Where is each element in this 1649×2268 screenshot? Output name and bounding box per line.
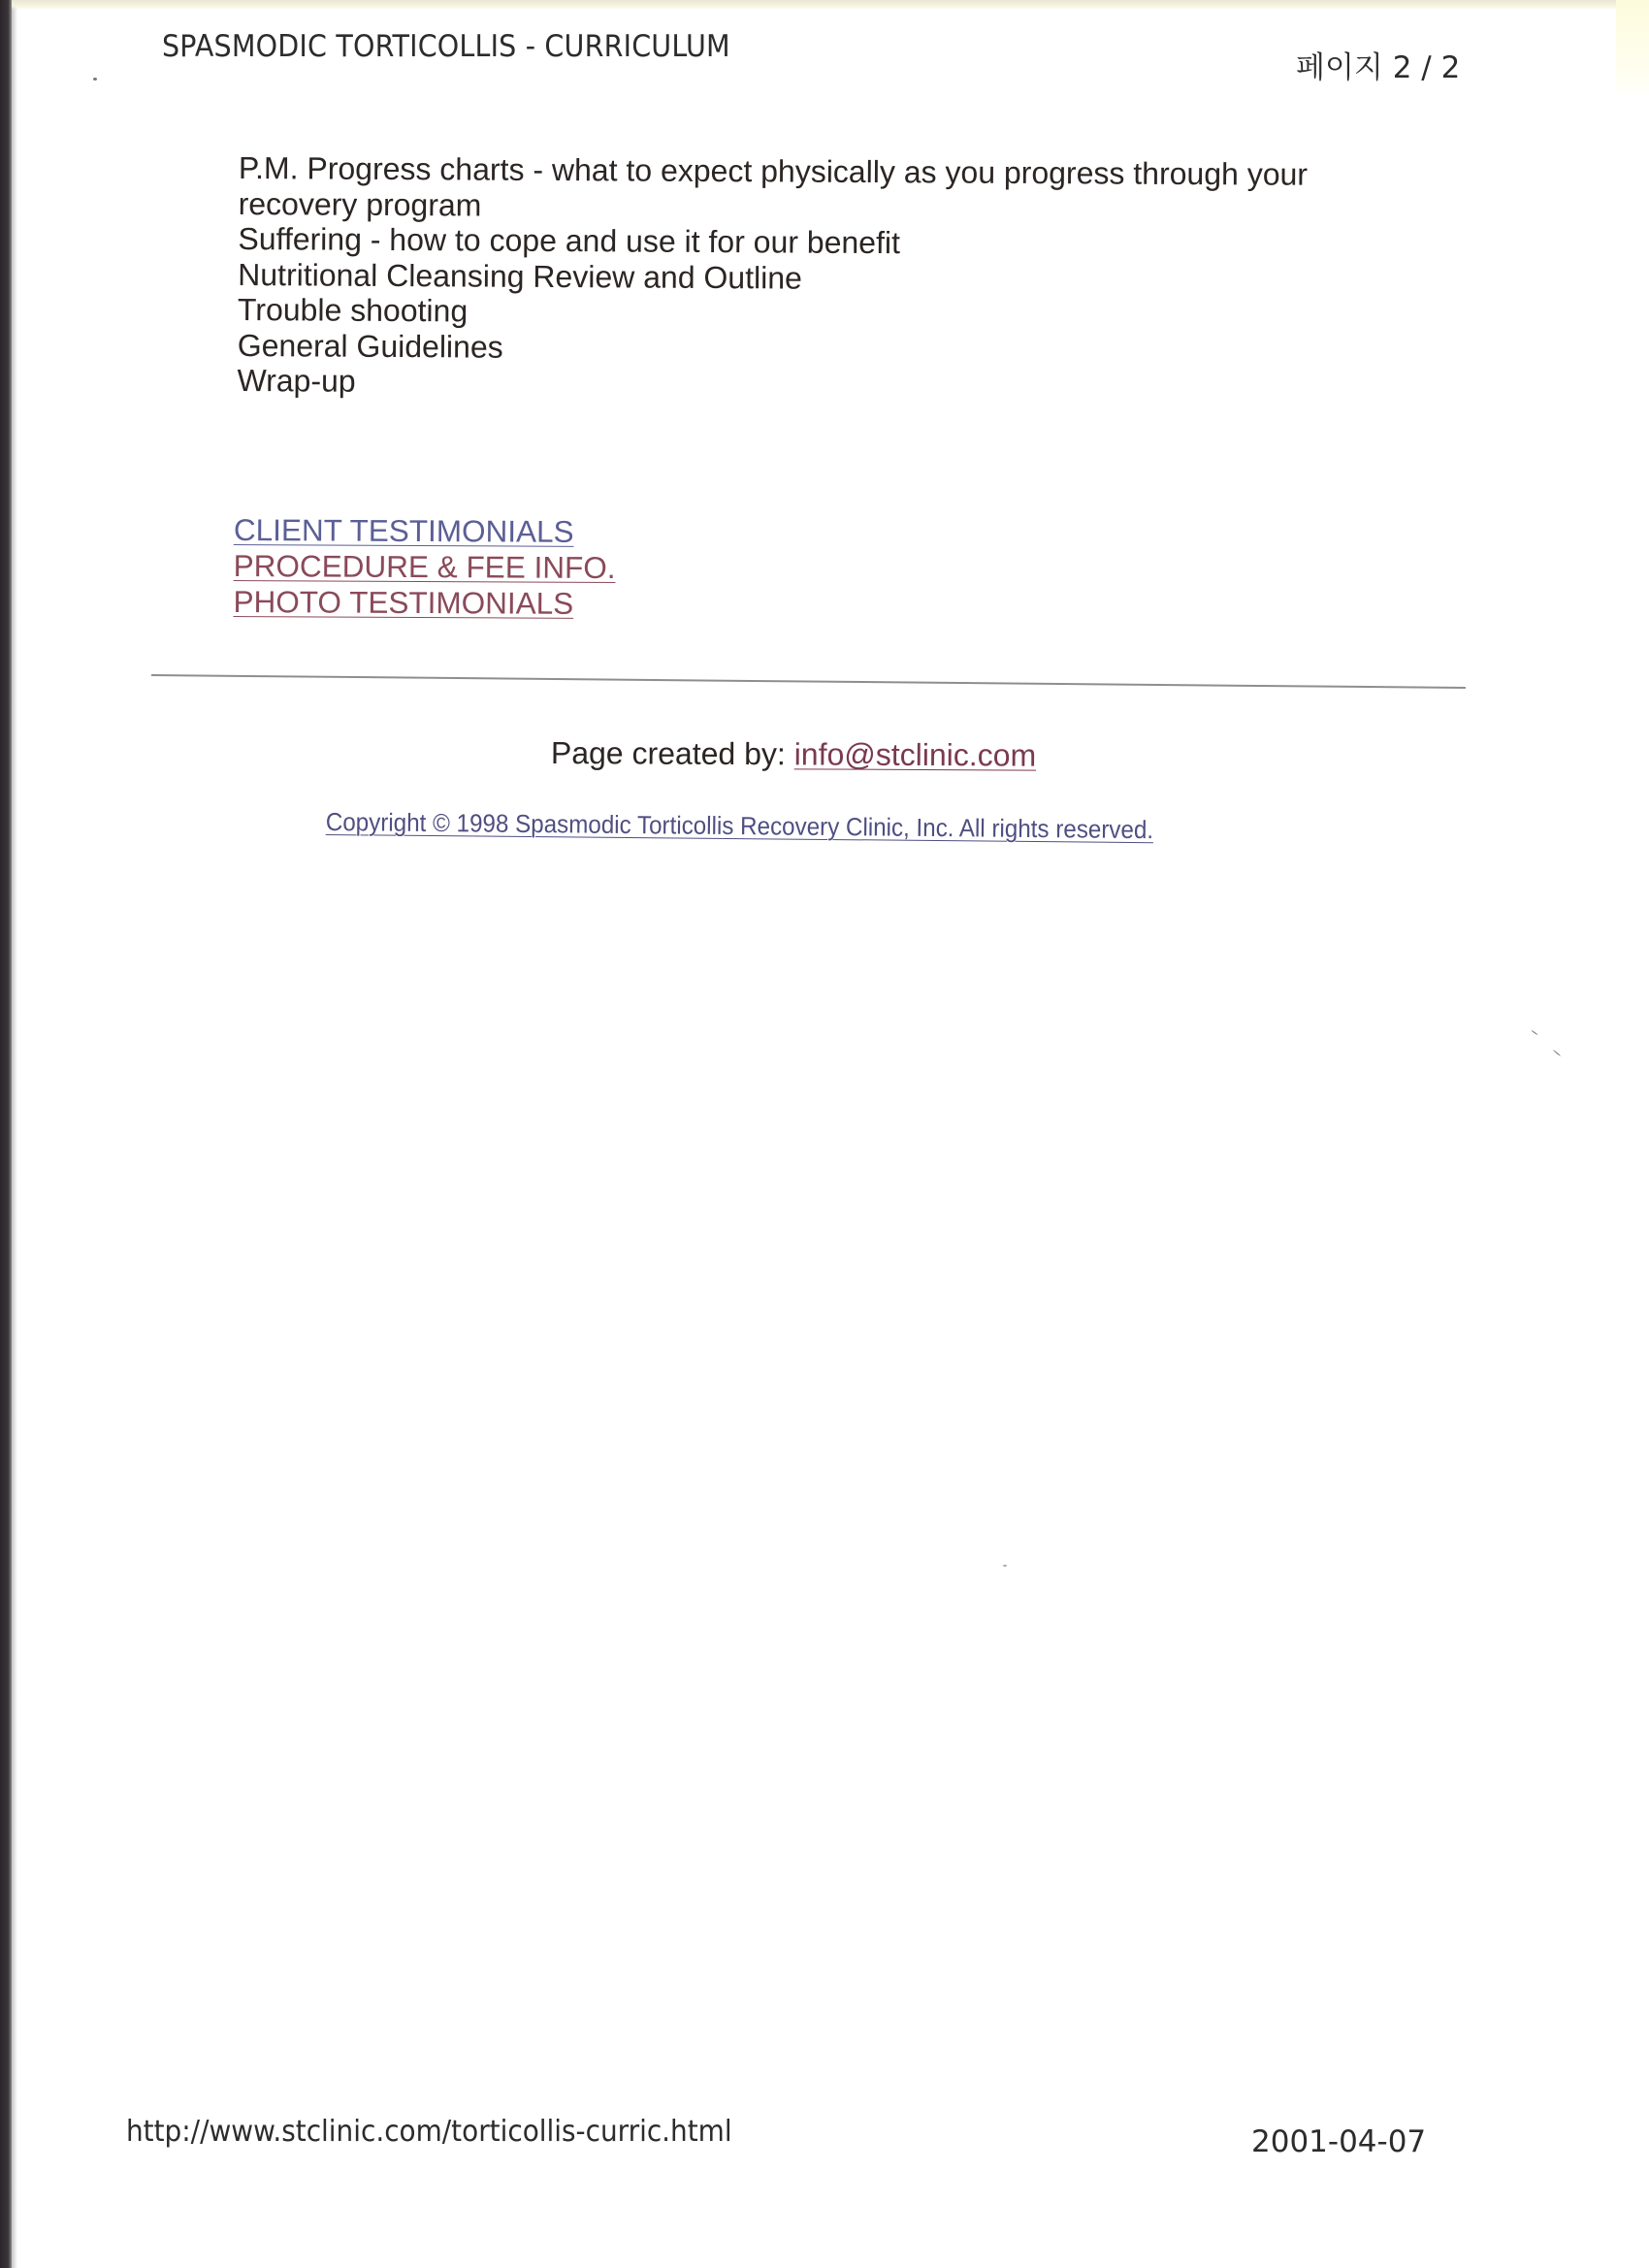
- page-indicator: 페이지 2 / 2: [1296, 43, 1460, 86]
- scan-speck: [1531, 1030, 1537, 1035]
- print-header-title: SPASMODIC TORTICOLLIS - CURRICULUM: [162, 29, 730, 64]
- copyright-link[interactable]: Copyright © 1998 Spasmodic Torticollis R…: [326, 807, 1154, 845]
- scan-left-edge: [0, 0, 12, 2268]
- nav-links: CLIENT TESTIMONIALS PROCEDURE & FEE INFO…: [233, 512, 615, 622]
- created-by-label: Page created by:: [551, 735, 786, 771]
- curriculum-list: P.M. Progress charts - what to expect ph…: [237, 150, 1383, 405]
- scan-speck: [1003, 1565, 1007, 1567]
- scan-top-edge: [12, 0, 1649, 10]
- scan-speck: [93, 78, 97, 81]
- scan-speck: [1553, 1050, 1561, 1056]
- photo-testimonials-link[interactable]: PHOTO TESTIMONIALS: [233, 584, 615, 622]
- client-testimonials-link[interactable]: CLIENT TESTIMONIALS: [234, 512, 616, 550]
- horizontal-rule: [151, 674, 1466, 689]
- print-footer-date: 2001-04-07: [1251, 2124, 1426, 2159]
- curriculum-item: General Guidelines: [238, 327, 1382, 370]
- procedure-fee-info-link[interactable]: PROCEDURE & FEE INFO.: [234, 548, 616, 586]
- scan-corner-shadow: [1616, 0, 1649, 97]
- email-link[interactable]: info@stclinic.com: [794, 736, 1037, 772]
- print-footer-url: http://www.stclinic.com/torticollis-curr…: [126, 2115, 732, 2149]
- curriculum-item: Wrap-up: [237, 363, 1381, 405]
- page-created-by: Page created by: info@stclinic.com: [551, 735, 1036, 774]
